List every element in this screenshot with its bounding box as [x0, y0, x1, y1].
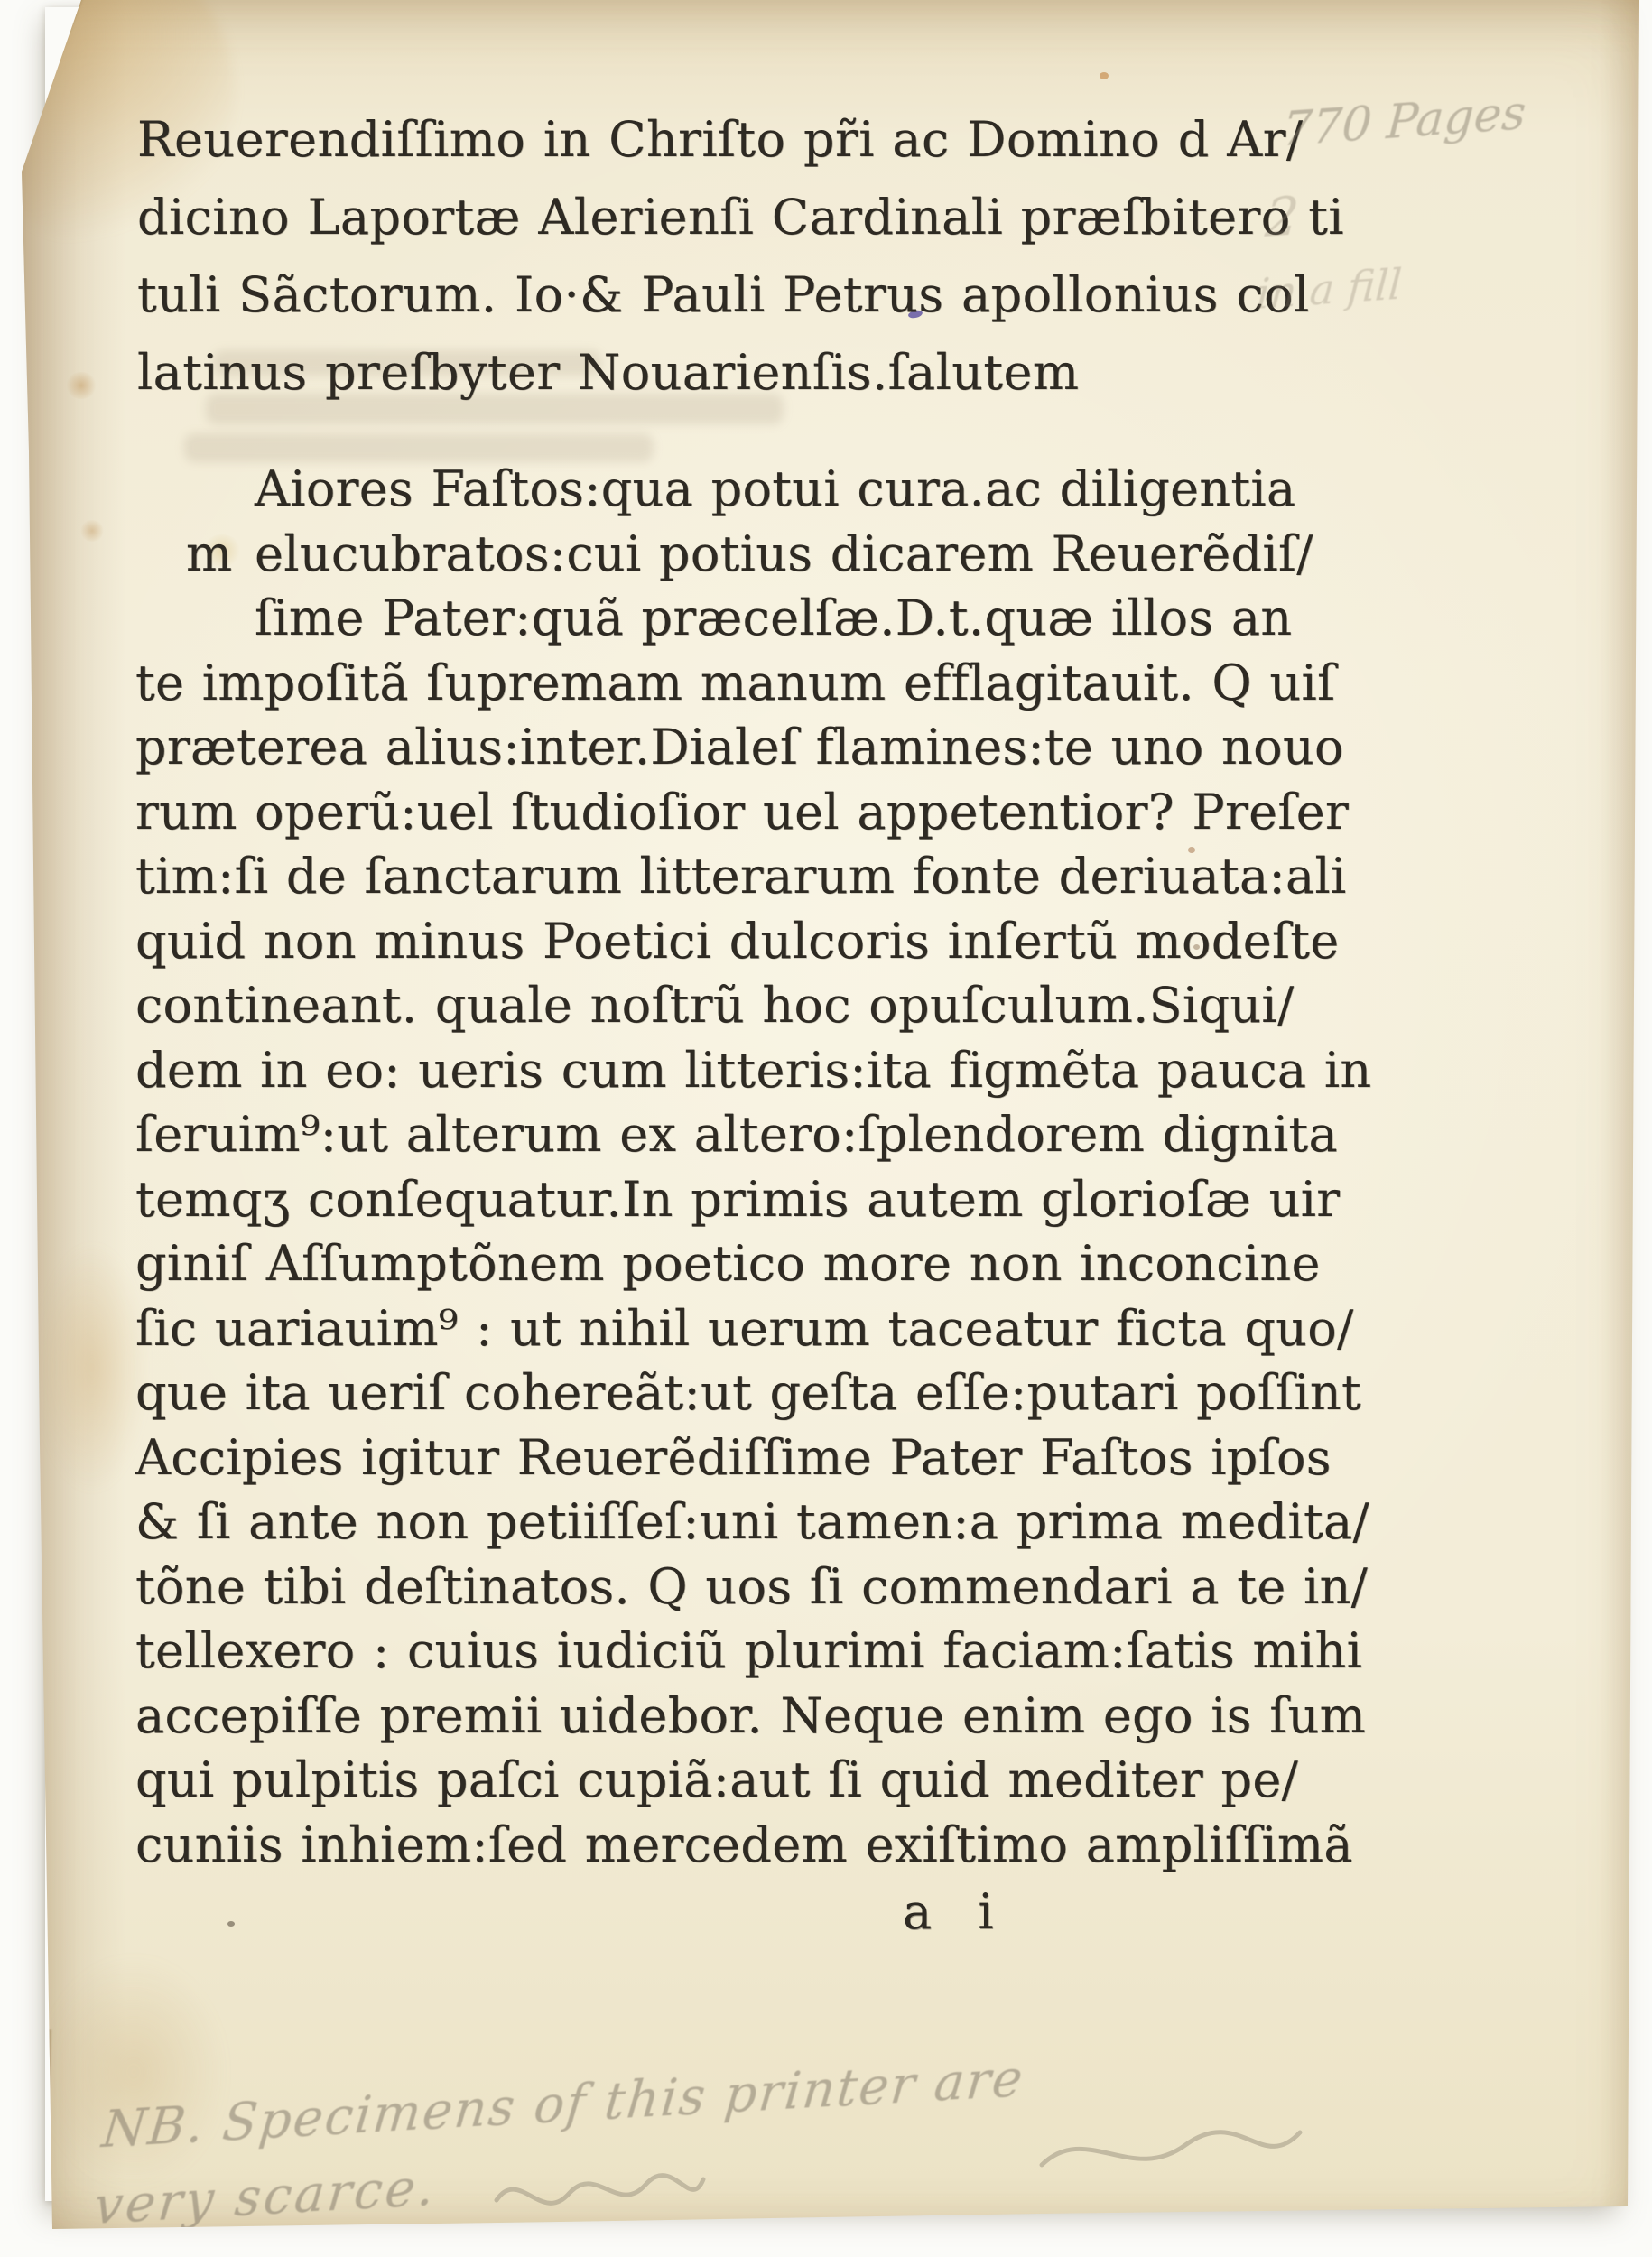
body-line: melucubratos:cui potius dicarem Reuerẽdi…	[135, 522, 1508, 587]
pencil-dot	[227, 1921, 235, 1927]
body-line: tõne tibi deſtinatos. Q uos ſi commendar…	[135, 1555, 1508, 1620]
body-line: præterea alius:inter.Dialeſ flamines:te …	[135, 715, 1508, 780]
body-line: & ſi ante non petiiſſeſ:uni tamen:a prim…	[135, 1490, 1508, 1555]
body-line: qui pulpitis paſci cupiã:aut ſi quid med…	[135, 1748, 1508, 1813]
body-line: Accipies igitur Reuerẽdiſſime Pater Faſt…	[135, 1426, 1508, 1491]
foxing-spot	[65, 372, 97, 399]
rubricator-guide-letter: m	[135, 522, 255, 587]
body-line: ſeruim⁹:ut alterum ex altero:ſplendorem …	[135, 1102, 1508, 1167]
body-line: rum operũ:uel ſtudioſior uel appetentior…	[135, 780, 1508, 845]
gutter-shadow	[18, 0, 126, 2257]
body-line: accepiſſe premii uidebor. Neque enim ego…	[135, 1684, 1508, 1749]
body-line: cuniis inhiem:ſed mercedem exiſtimo ampl…	[135, 1813, 1508, 1878]
body-line: contineant. quale noſtrũ hoc opuſculum.S…	[135, 973, 1508, 1038]
pencil-note-line: 770 Pages	[1280, 72, 1652, 162]
pencil-note-line: in a fill	[1255, 239, 1644, 320]
dedication-line: dicino Laportæ Alerienſi Cardinali præſb…	[137, 179, 1446, 256]
paper-speck	[1100, 72, 1109, 79]
body-line: ſic uariauim⁹ : ut nihil uerum taceatur …	[135, 1296, 1508, 1361]
photographed-book-page: Reuerendiſſimo in Chriſto pr̃i ac Domino…	[0, 0, 1652, 2257]
body-line-text: elucubratos:cui potius dicarem Reuerẽdiſ…	[255, 525, 1313, 582]
body-line: Aiores Faſtos:qua potui cura.ac diligent…	[135, 457, 1508, 522]
body-line: ſime Pater:quã præcelſæ.D.t.quæ illos an	[135, 586, 1508, 651]
pencil-flourish	[492, 2159, 709, 2232]
right-edge-shade	[1600, 0, 1645, 2221]
incunable-page: Reuerendiſſimo in Chriſto pr̃i ac Domino…	[0, 0, 1652, 2257]
dedication-line: latinus preſbyter Nouarienſis.ſalutem	[137, 334, 1446, 412]
body-line: que ita ueriſ cohereãt:ut geſta eſſe:put…	[135, 1361, 1508, 1426]
dedication-heading: Reuerendiſſimo in Chriſto pr̃i ac Domino…	[137, 101, 1446, 412]
signature-mark: a i	[903, 1883, 996, 1940]
foxing-spot	[79, 520, 105, 542]
body-line: tellexero : cuius iudiciũ plurimi faciam…	[135, 1619, 1508, 1684]
body-line: giniſ Aſſumptõnem poetico more non incon…	[135, 1231, 1508, 1296]
body-line: quid non minus Poetici dulcoris inſertũ …	[135, 909, 1508, 974]
pencil-note-top-right: 770 Pages 2 in a fill	[1253, 72, 1652, 321]
body-paragraph: Aiores Faſtos:qua potui cura.ac diligent…	[135, 457, 1508, 1877]
pencil-flourish	[1036, 2109, 1307, 2195]
body-line: te impoſitã ſupremam manum efflagitauit.…	[135, 651, 1508, 716]
body-line: temqʒ conſequatur.In primis autem glorio…	[135, 1167, 1508, 1232]
body-line: tim:ſi de ſanctarum litterarum fonte der…	[135, 844, 1508, 909]
dedication-line: tuli Sãctorum. Io·& Pauli Petrus apollon…	[137, 256, 1446, 334]
body-line: dem in eo: ueris cum litteris:ita figmẽt…	[135, 1038, 1508, 1103]
pencil-note-line: 2	[1263, 160, 1649, 250]
foxing-blotch	[38, 1246, 146, 1490]
dedication-line: Reuerendiſſimo in Chriſto pr̃i ac Domino…	[137, 101, 1446, 179]
